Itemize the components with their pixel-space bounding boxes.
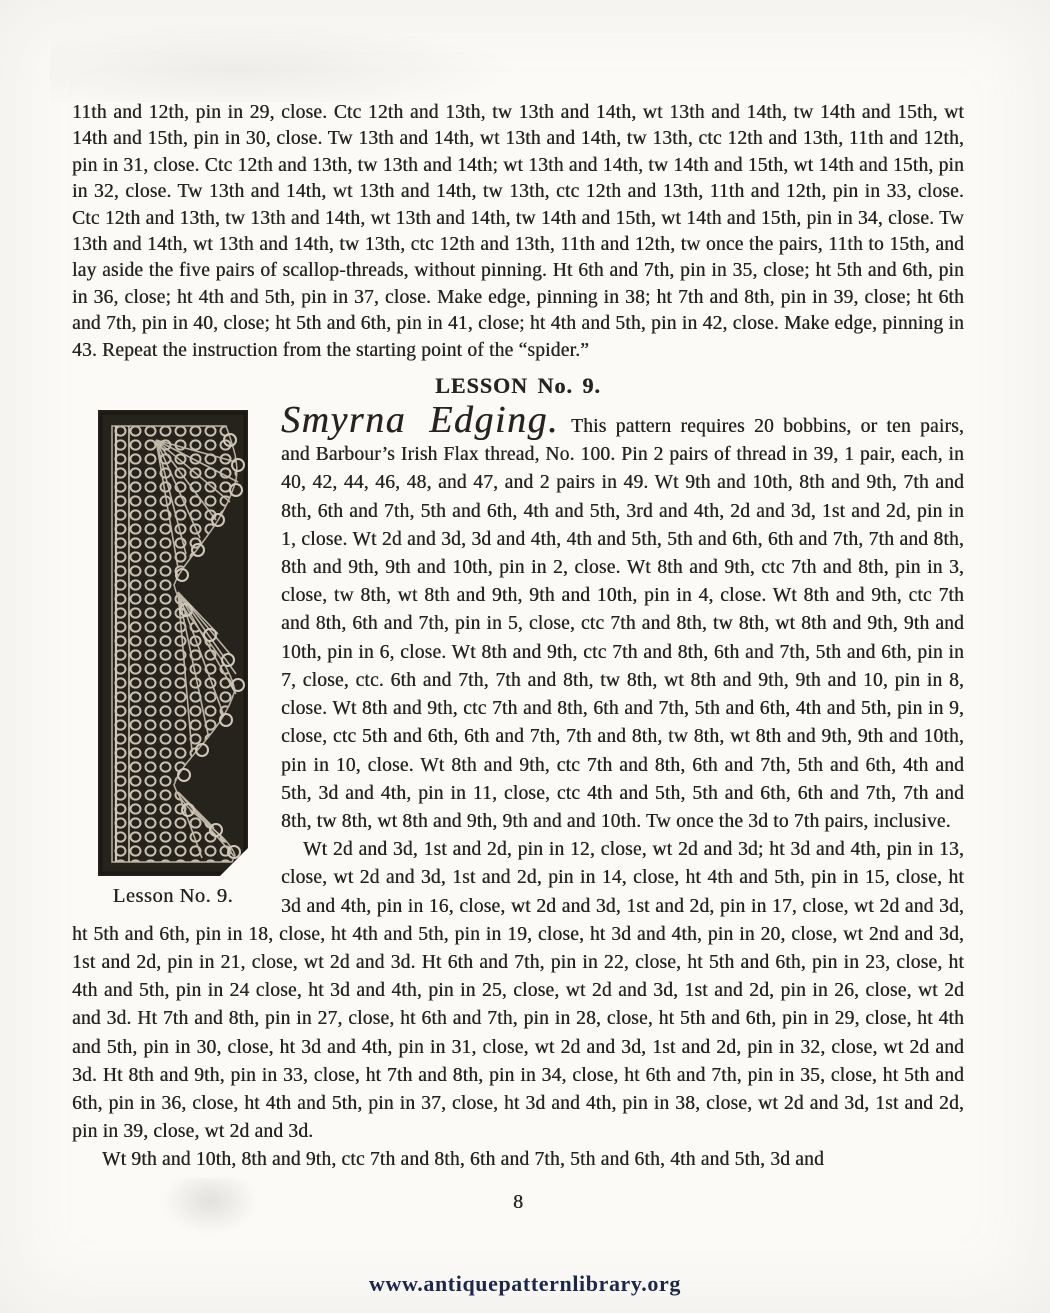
- scanned-book-page: 11th and 12th, pin in 29, close. Ctc 12t…: [0, 0, 1050, 1313]
- lesson-body: Lesson No. 9. Smyrna Edging.This pattern…: [72, 406, 964, 1174]
- intro-text: This pattern requires 20 bobbins, or ten…: [281, 416, 964, 832]
- lace-sample-figure: Lesson No. 9.: [98, 410, 248, 908]
- footer-url: www.antiquepatternlibrary.org: [0, 1271, 1050, 1297]
- continuation-paragraph: 11th and 12th, pin in 29, close. Ctc 12t…: [72, 100, 964, 364]
- closing-line: Wt 9th and 10th, 8th and 9th, ctc 7th an…: [72, 1146, 964, 1174]
- page-number: 8: [72, 1191, 964, 1214]
- figure-caption: Lesson No. 9.: [98, 885, 248, 908]
- section-title: Smyrna Edging.: [281, 399, 571, 441]
- page-content: 11th and 12th, pin in 29, close. Ctc 12t…: [0, 0, 1050, 1214]
- lesson-heading: LESSON No. 9.: [72, 373, 964, 399]
- lace-edging-photo: [98, 410, 248, 876]
